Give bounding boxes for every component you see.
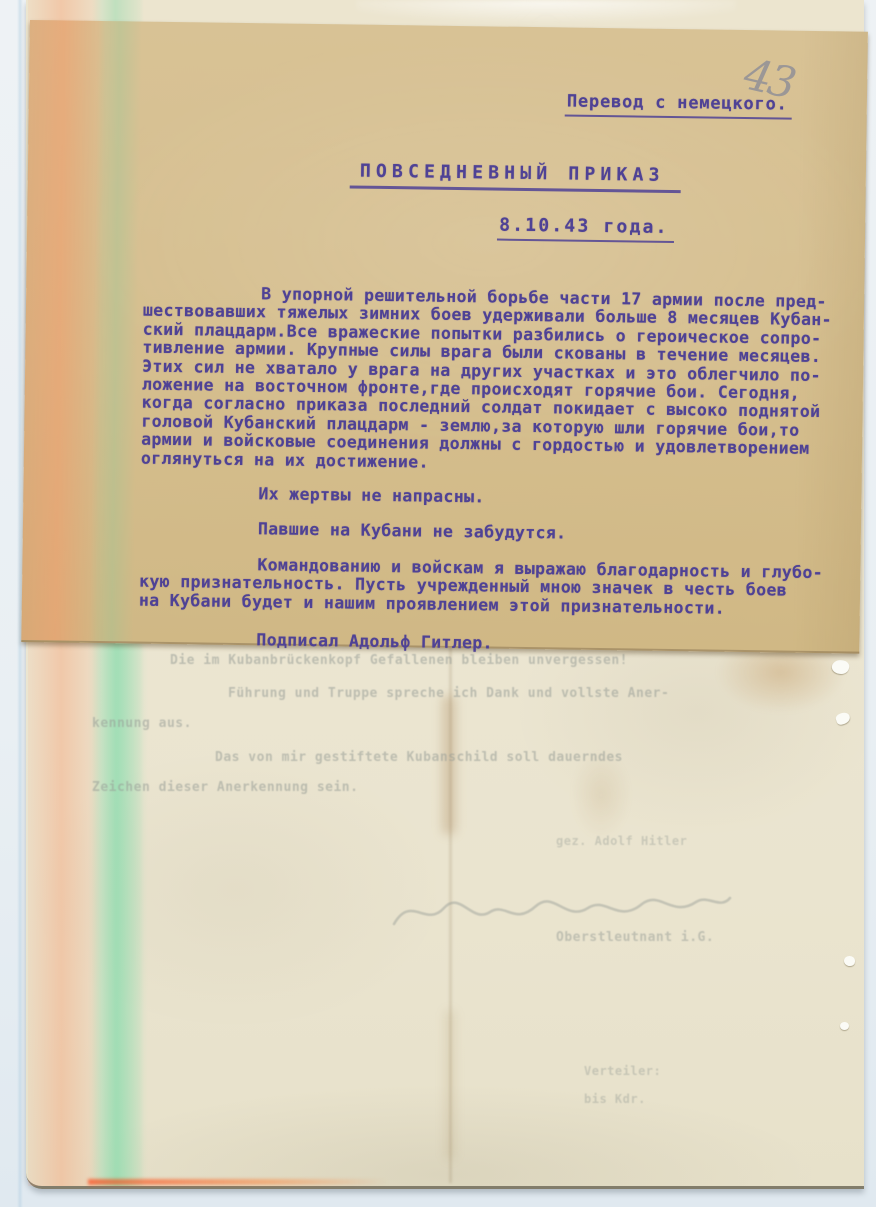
typed-translation-sheet: 43 Перевод с немецкого. ПОВСЕДНЕВНЫЙ ПРИ… xyxy=(21,20,868,654)
crease-stain xyxy=(442,695,456,835)
bleedthrough-gez-line: gez. Adolf Hitler xyxy=(556,834,687,848)
order-title: ПОВСЕДНЕВНЫЙ ПРИКАЗ xyxy=(350,160,681,193)
scan-color-band-green xyxy=(89,21,142,642)
paper-damage-spot xyxy=(835,711,852,726)
translation-note: Перевод с немецкого. xyxy=(565,91,792,119)
bleedthrough-line: Führung und Truppe spreche ich Dank und … xyxy=(228,686,669,701)
scan-color-band-green-lower xyxy=(88,620,148,1186)
bleedthrough-line: Das von mir gestiftete Kubanschild soll … xyxy=(215,750,623,765)
bottom-edge-red-scan-artifact xyxy=(88,1179,388,1185)
body-line: Их жертвы не напрасны. xyxy=(140,484,852,512)
bleedthrough-rank-line: Oberstleutnant i.G. xyxy=(556,930,714,945)
order-date: 8.10.43 года. xyxy=(497,215,675,243)
scanned-document: Die im Kubanbrückenkopf Gefallenen bleib… xyxy=(0,0,876,1207)
crease-stain xyxy=(445,1010,455,1160)
paper-crumple-highlight xyxy=(356,0,736,24)
paper-damage-spot xyxy=(840,1022,849,1030)
order-body: В упорной решительной борьбе части 17 ар… xyxy=(138,284,855,658)
bleedthrough-line: kennung aus. xyxy=(92,716,192,731)
bleedthrough-line: Zeichen dieser Anerkennung sein. xyxy=(92,780,358,795)
paper-damage-spot xyxy=(844,956,855,966)
bleedthrough-bis-kdr: bis Kdr. xyxy=(584,1092,646,1106)
body-line: Павшие на Кубани не забудутся. xyxy=(140,519,852,547)
bleedthrough-line: Die im Kubanbrückenkopf Gefallenen bleib… xyxy=(170,653,628,668)
bleedthrough-verteiler: Verteiler: xyxy=(584,1064,661,1078)
